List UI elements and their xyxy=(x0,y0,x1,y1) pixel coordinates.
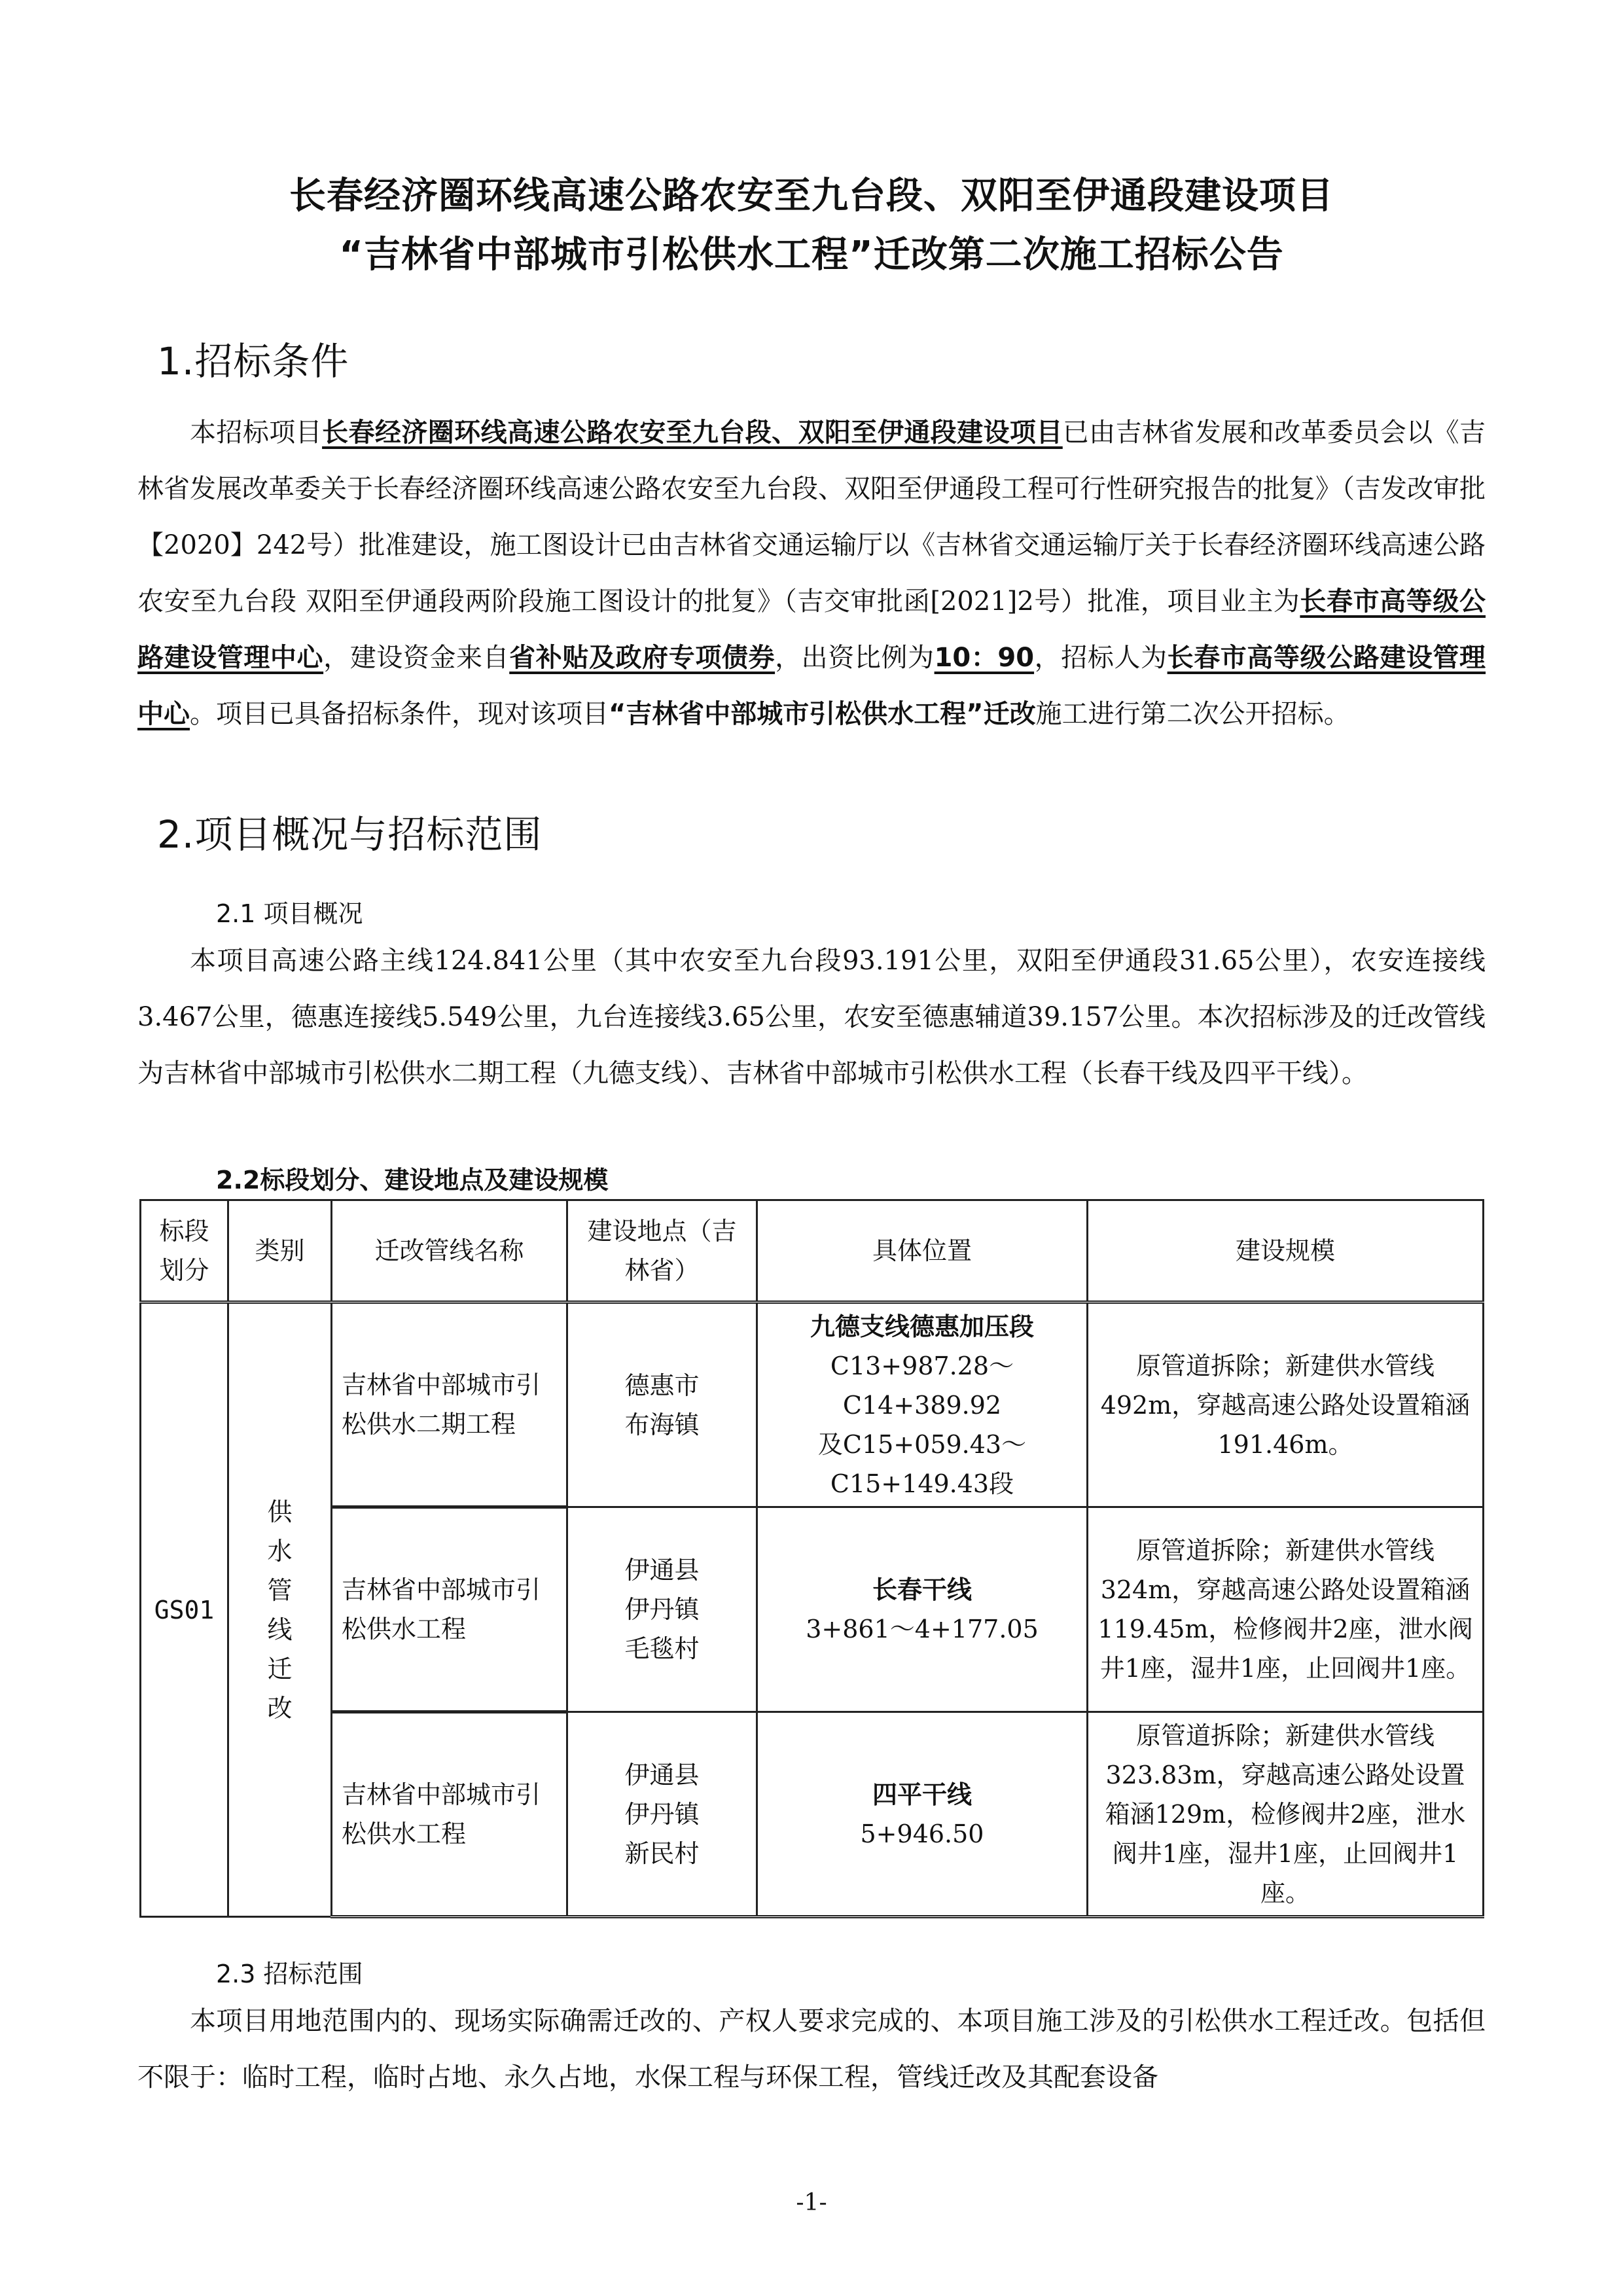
scale-cell: 原管道拆除；新建供水管线324m，穿越高速公路处设置箱涵119.45m，检修阀井… xyxy=(1088,1507,1484,1712)
section-id-cell: GS01 xyxy=(141,1302,228,1917)
location-cell: 伊通县伊丹镇新民村 xyxy=(567,1712,757,1917)
document-title-line-1: 长春经济圈环线高速公路农安至九台段、双阳至伊通段建设项目 xyxy=(0,167,1623,219)
scale-cell: 原管道拆除；新建供水管线323.83m，穿越高速公路处设置箱涵129m，检修阀井… xyxy=(1088,1712,1484,1917)
location-cell: 德惠市布海镇 xyxy=(567,1302,757,1507)
subsection-2-3-heading: 2.3 招标范围 xyxy=(216,1954,363,1990)
bid-section-table: 标段划分 类别 迁改管线名称 建设地点（吉林省） 具体位置 建设规模 GS01 … xyxy=(139,1199,1484,1918)
section-2-heading: 2.项目概况与招标范围 xyxy=(157,804,542,859)
document-page: 长春经济圈环线高速公路农安至九台段、双阳至伊通段建设项目 “吉林省中部城市引松供… xyxy=(0,0,1623,2296)
col-header-pipeline-name: 迁改管线名称 xyxy=(332,1200,567,1302)
position-cell: 四平干线 5+946.50 xyxy=(757,1712,1088,1917)
col-header-section: 标段划分 xyxy=(141,1200,228,1302)
pipeline-name-cell: 吉林省中部城市引松供水二期工程 xyxy=(332,1302,567,1507)
table-header-row: 标段划分 类别 迁改管线名称 建设地点（吉林省） 具体位置 建设规模 xyxy=(141,1200,1484,1302)
subsection-2-1-text: 本项目高速公路主线124.841公里（其中农安至九台段93.191公里，双阳至伊… xyxy=(137,933,1486,1102)
subsection-2-3-text: 本项目用地范围内的、现场实际确需迁改的、产权人要求完成的、本项目施工涉及的引松供… xyxy=(137,1993,1486,2106)
project-name-link: 长春经济圈环线高速公路农安至九台段、双阳至伊通段建设项目 xyxy=(322,418,1063,448)
tender-subject: “吉林省中部城市引松供水工程”迁改 xyxy=(609,699,1036,729)
page-number: -1- xyxy=(0,2189,1623,2216)
funding-ratio: 10：90 xyxy=(935,643,1035,673)
document-title-line-2: “吉林省中部城市引松供水工程”迁改第二次施工招标公告 xyxy=(0,226,1623,278)
col-header-category: 类别 xyxy=(228,1200,332,1302)
table-row: 吉林省中部城市引松供水工程 伊通县伊丹镇毛毯村 长春干线 3+861～4+177… xyxy=(141,1507,1484,1712)
position-cell: 长春干线 3+861～4+177.05 xyxy=(757,1507,1088,1712)
section-1-heading: 1.招标条件 xyxy=(157,331,349,386)
table-row: 吉林省中部城市引松供水工程 伊通县伊丹镇新民村 四平干线 5+946.50 原管… xyxy=(141,1712,1484,1917)
section-1-paragraph: 本招标项目长春经济圈环线高速公路农安至九台段、双阳至伊通段建设项目已由吉林省发展… xyxy=(137,404,1486,742)
col-header-scale: 建设规模 xyxy=(1088,1200,1484,1302)
subsection-2-1-heading: 2.1 项目概况 xyxy=(216,893,363,929)
subsection-2-2-heading: 2.2标段划分、建设地点及建设规模 xyxy=(216,1160,608,1196)
pipeline-name-cell: 吉林省中部城市引松供水工程 xyxy=(332,1507,567,1712)
col-header-location: 建设地点（吉林省） xyxy=(567,1200,757,1302)
scale-cell: 原管道拆除；新建供水管线492m，穿越高速公路处设置箱涵191.46m。 xyxy=(1088,1302,1484,1507)
pipeline-name-cell: 吉林省中部城市引松供水工程 xyxy=(332,1712,567,1917)
table-row: GS01 供水管线迁改 吉林省中部城市引松供水二期工程 德惠市布海镇 九德支线德… xyxy=(141,1302,1484,1507)
funding-source: 省补贴及政府专项债券 xyxy=(509,643,775,673)
category-cell: 供水管线迁改 xyxy=(228,1302,332,1917)
col-header-position: 具体位置 xyxy=(757,1200,1088,1302)
position-cell: 九德支线德惠加压段 C13+987.28～ C14+389.92 及C15+05… xyxy=(757,1302,1088,1507)
location-cell: 伊通县伊丹镇毛毯村 xyxy=(567,1507,757,1712)
